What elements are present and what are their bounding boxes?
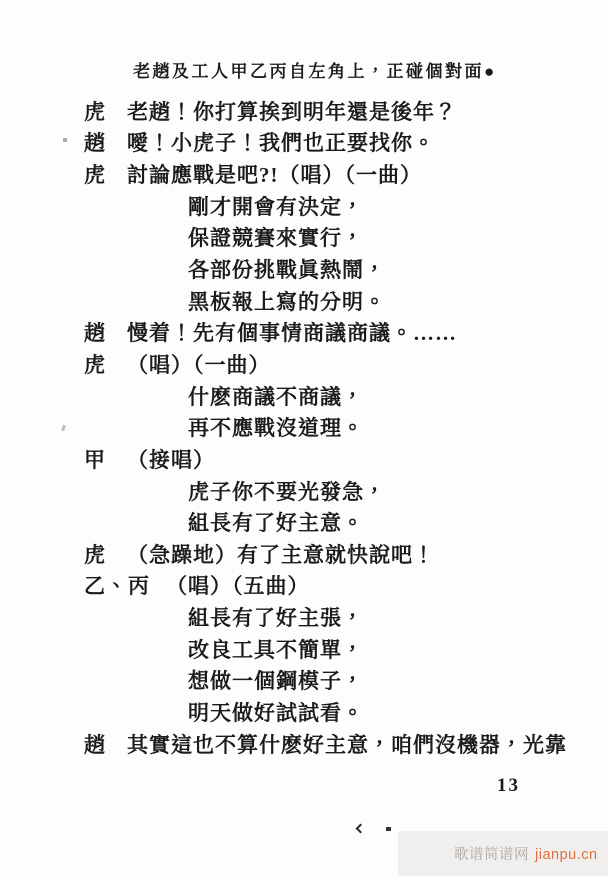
speaker-name: 虎 bbox=[84, 159, 111, 189]
line-text: 各部份挑戰眞熱鬧， bbox=[188, 254, 386, 284]
dialogue-line: 趙 其實這也不算什麽好主意，咱們沒機器，光靠 bbox=[84, 728, 608, 760]
dialogue-line: 虎 老趙！你打算挨到明年還是後年？ bbox=[84, 95, 608, 127]
line-text: 慢着！先有個事情商議商議。…… bbox=[127, 317, 457, 347]
line-text: （急躁地）有了主意就快說吧！ bbox=[127, 539, 435, 569]
dialogue-line: 乙、丙 （唱）（五曲） bbox=[84, 570, 608, 602]
speaker-name: 乙、丙 bbox=[84, 570, 150, 600]
verse-line: 什麽商議不商議， bbox=[84, 380, 608, 412]
verse-line: 各部份挑戰眞熱鬧， bbox=[84, 253, 608, 285]
dialogue-line: 虎 （急躁地）有了主意就快說吧！ bbox=[84, 538, 608, 570]
page-number: 13 bbox=[497, 775, 520, 797]
line-text: 組長有了好主張， bbox=[188, 602, 364, 632]
speaker-name: 虎 bbox=[84, 539, 111, 569]
page: 老趙及工人甲乙丙自左角上，正碰個對面● 虎 老趙！你打算挨到明年還是後年？ 趙 … bbox=[0, 0, 608, 876]
scan-artifact-speck bbox=[63, 138, 67, 142]
script-lines: 虎 老趙！你打算挨到明年還是後年？ 趙 噯！小虎子！我們也正要找你。 虎 討論應… bbox=[84, 95, 608, 759]
line-text: 想做一個鋼模子， bbox=[188, 665, 364, 695]
line-text: （唱）（一曲） bbox=[127, 349, 271, 379]
line-text: （接唱） bbox=[127, 444, 215, 474]
dialogue-line: 虎 （唱）（一曲） bbox=[84, 348, 608, 380]
watermark: 歌谱简谱网jianpu.cn bbox=[454, 843, 598, 864]
verse-line: 改良工具不簡單， bbox=[84, 633, 608, 665]
verse-line: 剛才開會有決定， bbox=[84, 190, 608, 222]
verse-line: 想做一個鋼模子， bbox=[84, 665, 608, 697]
verse-line: 組長有了好主意。 bbox=[84, 506, 608, 538]
line-text: 什麽商議不商議， bbox=[188, 381, 364, 411]
line-text: 再不應戰沒道理。 bbox=[188, 412, 364, 442]
dialogue-line: 虎 討論應戰是吧?!（唱）（一曲） bbox=[84, 158, 608, 190]
scan-artifact-speck bbox=[61, 425, 66, 432]
speaker-name: 趙 bbox=[84, 317, 111, 347]
watermark-site-name: 歌谱简谱网 bbox=[454, 847, 529, 863]
verse-line: 黑板報上寫的分明。 bbox=[84, 285, 608, 317]
line-text: 噯！小虎子！我們也正要找你。 bbox=[127, 127, 435, 157]
watermark-site-url: jianpu.cn bbox=[535, 847, 598, 863]
scanned-script-page: { "page": { "number": "13", "background"… bbox=[0, 0, 608, 876]
verse-line: 組長有了好主張， bbox=[84, 601, 608, 633]
speaker-name: 趙 bbox=[84, 127, 111, 157]
line-text: 剛才開會有決定， bbox=[188, 191, 364, 221]
scan-artifact-chevron bbox=[356, 824, 366, 834]
dialogue-line: 甲 （接唱） bbox=[84, 443, 608, 475]
speaker-name: 虎 bbox=[84, 96, 111, 126]
line-text: 黑板報上寫的分明。 bbox=[188, 286, 386, 316]
line-text: （唱）（五曲） bbox=[166, 570, 310, 600]
line-text: 改良工具不簡單， bbox=[188, 634, 364, 664]
speaker-name: 趙 bbox=[84, 729, 111, 759]
line-text: 討論應戰是吧?!（唱）（一曲） bbox=[127, 159, 422, 189]
line-text: 其實這也不算什麽好主意，咱們沒機器，光靠 bbox=[127, 729, 567, 759]
verse-line: 虎子你不要光發急， bbox=[84, 475, 608, 507]
verse-line: 保證競賽來實行， bbox=[84, 222, 608, 254]
stage-direction: 老趙及工人甲乙丙自左角上，正碰個對面● bbox=[133, 60, 608, 83]
speaker-name: 甲 bbox=[84, 444, 111, 474]
verse-line: 再不應戰沒道理。 bbox=[84, 411, 608, 443]
line-text: 老趙！你打算挨到明年還是後年？ bbox=[127, 96, 457, 126]
dialogue-line: 趙 噯！小虎子！我們也正要找你。 bbox=[84, 127, 608, 159]
line-text: 明天做好試試看。 bbox=[188, 697, 364, 727]
line-text: 保證競賽來實行， bbox=[188, 222, 364, 252]
line-text: 組長有了好主意。 bbox=[188, 507, 364, 537]
speaker-name: 虎 bbox=[84, 349, 111, 379]
line-text: 虎子你不要光發急， bbox=[188, 476, 386, 506]
dialogue-line: 趙 慢着！先有個事情商議商議。…… bbox=[84, 316, 608, 348]
scan-artifact-dot bbox=[386, 827, 391, 831]
verse-line: 明天做好試試看。 bbox=[84, 696, 608, 728]
